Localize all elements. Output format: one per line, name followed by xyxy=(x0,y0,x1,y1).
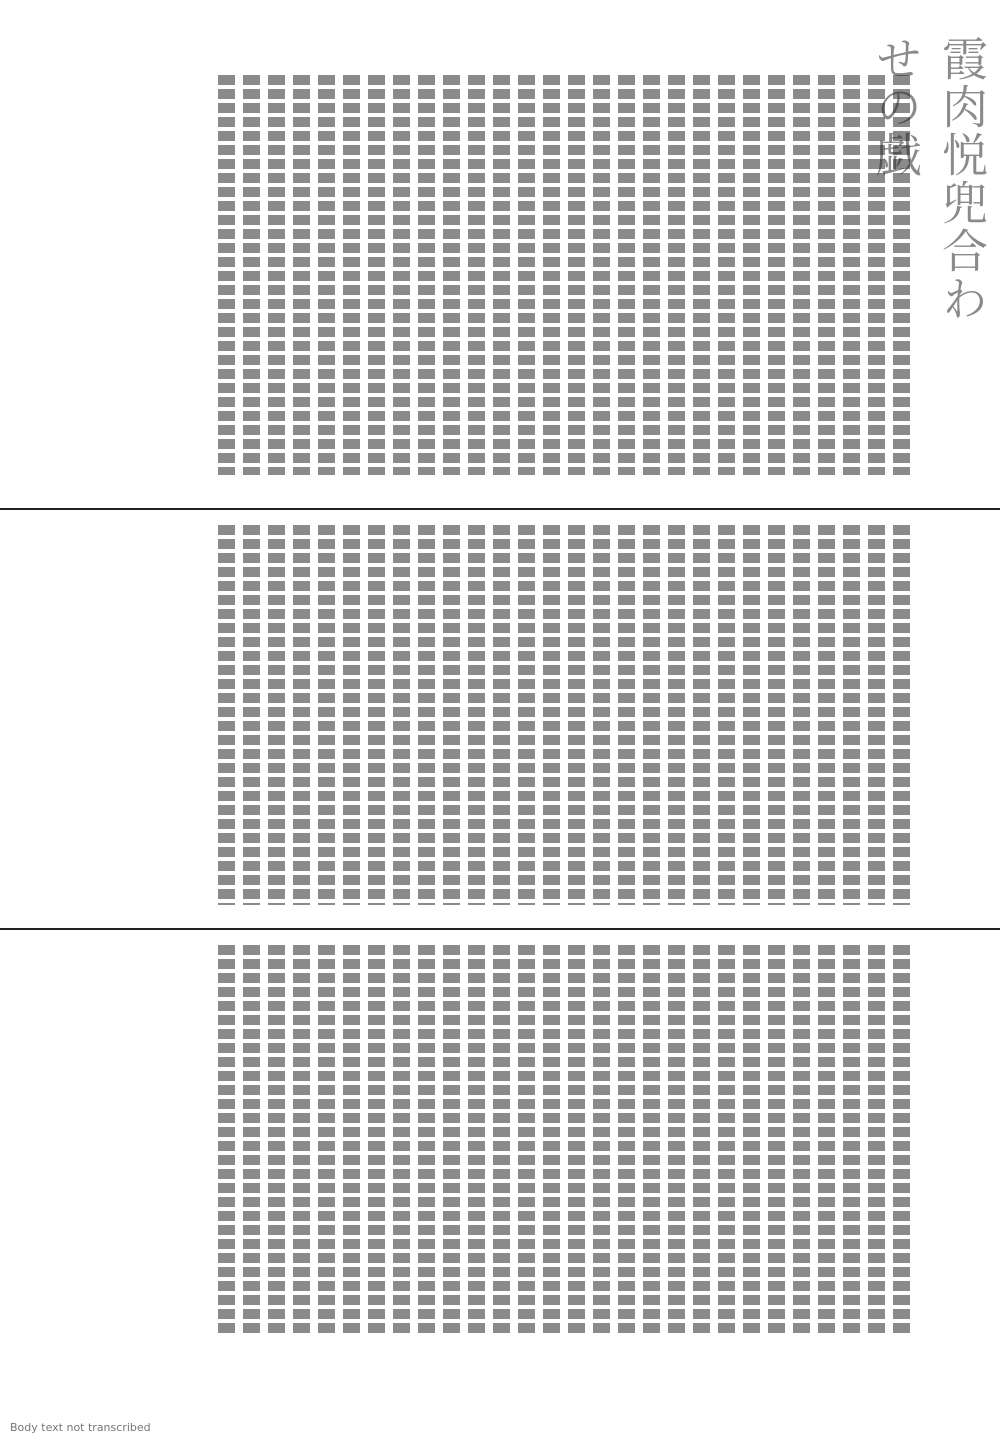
text-column xyxy=(443,75,460,475)
text-column xyxy=(643,75,660,475)
text-column xyxy=(518,525,535,905)
text-column xyxy=(243,945,260,1335)
text-column xyxy=(868,525,885,905)
text-column xyxy=(493,525,510,905)
text-column xyxy=(268,75,285,475)
text-column xyxy=(493,945,510,1335)
text-section-lower xyxy=(60,945,910,1335)
text-column xyxy=(668,945,685,1335)
text-column xyxy=(643,945,660,1335)
text-column xyxy=(793,525,810,905)
text-column xyxy=(318,525,335,905)
text-column xyxy=(543,525,560,905)
text-column xyxy=(468,525,485,905)
text-column xyxy=(618,525,635,905)
text-column xyxy=(418,525,435,905)
text-column xyxy=(368,525,385,905)
text-section-upper xyxy=(60,75,910,475)
text-column xyxy=(793,945,810,1335)
text-column xyxy=(643,525,660,905)
text-column xyxy=(743,945,760,1335)
text-column xyxy=(218,945,235,1335)
text-column xyxy=(593,75,610,475)
text-column xyxy=(218,75,235,475)
text-column xyxy=(768,525,785,905)
text-column xyxy=(768,75,785,475)
text-column xyxy=(493,75,510,475)
text-column xyxy=(318,75,335,475)
text-column xyxy=(593,525,610,905)
text-column xyxy=(393,75,410,475)
text-column xyxy=(393,945,410,1335)
text-column xyxy=(468,945,485,1335)
text-column xyxy=(693,525,710,905)
text-column xyxy=(268,525,285,905)
text-column xyxy=(543,75,560,475)
text-column xyxy=(668,525,685,905)
text-column xyxy=(518,75,535,475)
section-divider xyxy=(0,928,1000,930)
text-column xyxy=(743,75,760,475)
text-column xyxy=(593,945,610,1335)
text-column xyxy=(718,525,735,905)
text-column xyxy=(368,75,385,475)
text-column xyxy=(543,945,560,1335)
text-column xyxy=(368,945,385,1335)
text-column xyxy=(268,945,285,1335)
text-column xyxy=(793,75,810,475)
text-column xyxy=(693,75,710,475)
text-column xyxy=(668,75,685,475)
text-column xyxy=(418,945,435,1335)
text-column xyxy=(743,525,760,905)
text-column xyxy=(343,525,360,905)
text-column xyxy=(443,945,460,1335)
text-column xyxy=(768,945,785,1335)
text-column xyxy=(468,75,485,475)
text-column xyxy=(293,945,310,1335)
text-column xyxy=(243,525,260,905)
text-column xyxy=(393,525,410,905)
text-column xyxy=(893,525,910,905)
text-column xyxy=(843,75,860,475)
text-column xyxy=(518,945,535,1335)
text-column xyxy=(243,75,260,475)
text-section-middle xyxy=(60,525,910,905)
text-column xyxy=(868,945,885,1335)
text-column xyxy=(443,525,460,905)
text-column xyxy=(818,945,835,1335)
transcription-note: Body text not transcribed xyxy=(10,1421,151,1434)
text-column xyxy=(693,945,710,1335)
section-divider xyxy=(0,508,1000,510)
text-column xyxy=(818,525,835,905)
text-column xyxy=(418,75,435,475)
text-column xyxy=(318,945,335,1335)
text-column xyxy=(843,945,860,1335)
text-column xyxy=(718,75,735,475)
text-column xyxy=(618,75,635,475)
text-column xyxy=(818,75,835,475)
page-title: 霞肉悦兜合わせの戯 xyxy=(925,35,995,335)
text-column xyxy=(568,75,585,475)
text-column xyxy=(293,525,310,905)
text-column xyxy=(893,945,910,1335)
text-column xyxy=(568,945,585,1335)
text-column xyxy=(868,75,885,475)
text-column xyxy=(293,75,310,475)
text-column xyxy=(718,945,735,1335)
text-column xyxy=(343,75,360,475)
text-column xyxy=(893,75,910,475)
text-column xyxy=(218,525,235,905)
text-column xyxy=(343,945,360,1335)
text-column xyxy=(843,525,860,905)
text-column xyxy=(618,945,635,1335)
text-column xyxy=(568,525,585,905)
